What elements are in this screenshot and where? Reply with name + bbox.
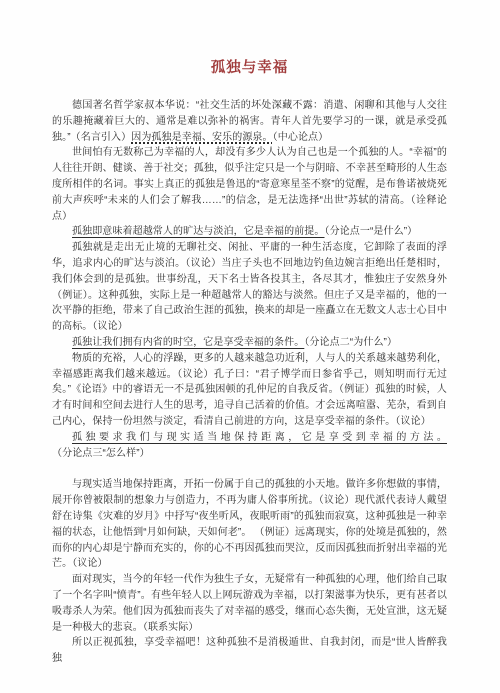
annotation-subthesis-3: （分论点三“怎么样”） xyxy=(52,448,150,459)
text-segment: 与现实适当地保持距离，开拓一份属于自己的孤独的小天地。做许多你想做的事情，展开你… xyxy=(52,479,447,569)
paragraph-opening-quote: 德国著名哲学家叔本华说：“社交生活的坏处深藏不露：消遣、闲聊和其他与人交往的乐趣… xyxy=(52,98,447,145)
paragraph-daiwangshu-example: 与现实适当地保持距离，开拓一份属于自己的孤独的小天地。做许多你想做的事情，展开你… xyxy=(52,477,447,572)
text-segment: 面对现实，当今的年轻一代作为独生子女，无疑常有一种孤独的心理，他们给自己取了一个… xyxy=(52,574,447,632)
essay-body: 德国著名哲学家叔本华说：“社交生活的坏处深藏不露：消遣、闲聊和其他与人交往的乐趣… xyxy=(52,98,447,667)
paragraph-zhuangzi-example: 孤独就是走出无止境的无聊社交、闲扯、平庸的一种生活态度，它卸除了表面的浮华，追求… xyxy=(52,240,447,335)
paragraph-subthesis-2: 孤独让我们拥有内省的时空，它是享受幸福的条件。（分论点二“为什么”） xyxy=(52,335,447,351)
essay-page: 孤独与幸福 德国著名哲学家叔本华说：“社交生活的坏处深藏不露：消遣、闲聊和其他与… xyxy=(0,0,500,693)
annotation-subthesis-1: （分论点一“是什么”） xyxy=(325,226,418,237)
central-thesis-underlined-text: 因为孤独是幸福、安乐的源泉。 xyxy=(131,132,272,143)
subthesis-3-underlined-text: 孤独要求我们与现实适当地保持距离，它是享受到幸福的方法。 xyxy=(72,432,447,443)
paragraph-subthesis-3: 孤独要求我们与现实适当地保持距离，它是享受到幸福的方法。（分论点三“怎么样”） xyxy=(52,430,447,462)
text-segment: 物质的充裕，人心的浮躁，更多的人越来越急功近利，人与人的关系越来越势利化，幸福感… xyxy=(52,353,447,427)
text-segment: 世间怕有无数称己为幸福的人，却没有多少人认为自己也是一个孤独的人。“幸福”的人往… xyxy=(52,147,447,221)
page-title: 孤独与幸福 xyxy=(52,56,447,77)
paragraph-subthesis-1: 孤独即意味着超越常人的旷达与淡泊，它是幸福的前提。（分论点一“是什么”） xyxy=(52,224,447,240)
paragraph-thesis-explanation: 世间怕有无数称己为幸福的人，却没有多少人认为自己也是一个孤独的人。“幸福”的人往… xyxy=(52,145,447,224)
paragraph-confucius-example: 物质的充裕，人心的浮躁，更多的人越来越急功近利，人与人的关系越来越势利化，幸福感… xyxy=(52,351,447,430)
subthesis-2-underlined-text: 孤独让我们拥有内省的时空，它是享受幸福的条件。 xyxy=(72,337,304,348)
text-segment: 所以正视孤独，享受幸福吧！这种孤独不是消极遁世、自我封闭，而是“世人皆醉我独 xyxy=(52,637,447,664)
text-segment: 孤独就是走出无止境的无聊社交、闲扯、平庸的一种生活态度，它卸除了表面的浮华，追求… xyxy=(52,242,447,332)
annotation-central-thesis: （中心论点） xyxy=(273,132,329,143)
paragraph-reality-link: 面对现实，当今的年轻一代作为独生子女，无疑常有一种孤独的心理，他们给自己取了一个… xyxy=(52,572,447,635)
annotation-subthesis-2: （分论点二“为什么”） xyxy=(304,337,397,348)
subthesis-1-underlined-text: 孤独即意味着超越常人的旷达与淡泊，它是幸福的前提。 xyxy=(72,226,325,237)
paragraph-conclusion: 所以正视孤独，享受幸福吧！这种孤独不是消极遁世、自我封闭，而是“世人皆醉我独 xyxy=(52,635,447,667)
